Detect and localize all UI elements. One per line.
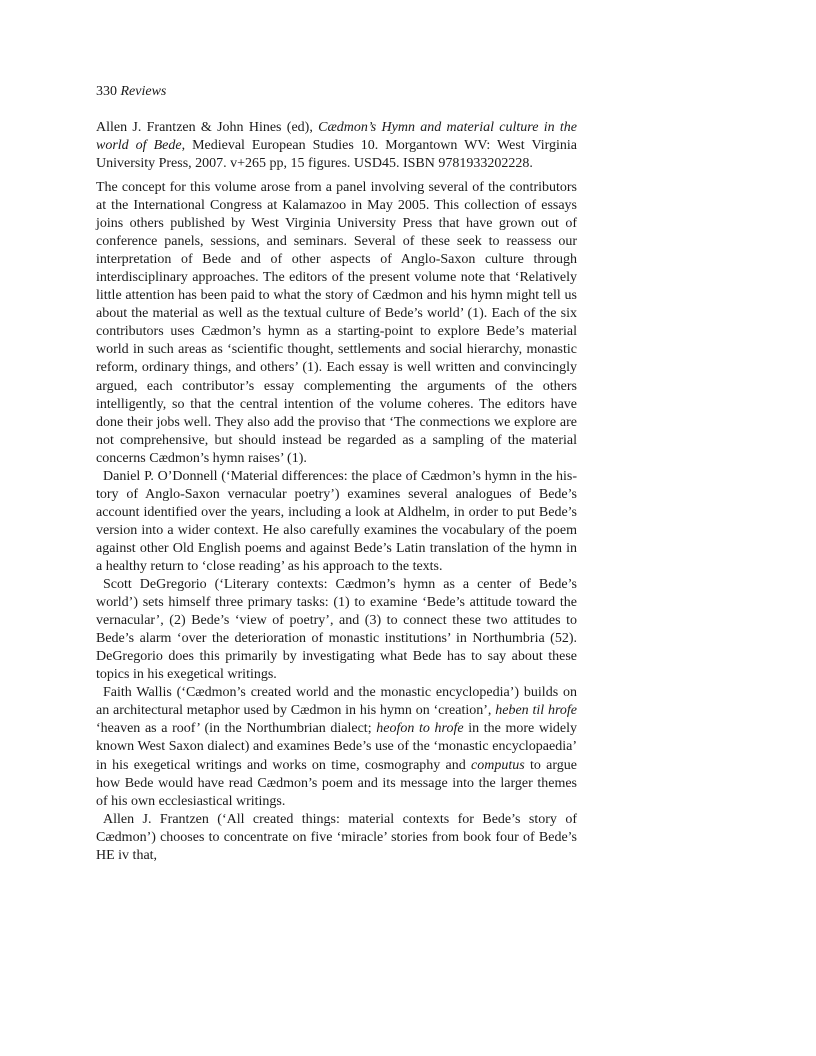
paragraph-intro: The concept for this volume arose from a… — [96, 179, 577, 468]
running-head: 330 Reviews — [96, 83, 577, 101]
text-run: ‘heaven as a roof’ (in the Northumbrian … — [96, 721, 376, 736]
text-run: Allen J. Frantzen (‘All created things: … — [96, 812, 577, 863]
review-body: The concept for this volume arose from a… — [96, 179, 577, 865]
text-run: The concept for this volume arose from a… — [96, 180, 577, 466]
paragraph-wallis: Faith Wallis (‘Cædmon’s created world an… — [96, 684, 577, 810]
text-run: Scott DeGregorio (‘Literary contexts: Cæ… — [96, 577, 577, 682]
citation-authors: Allen J. Frantzen & John Hines (ed), — [96, 120, 318, 135]
text-run: Daniel P. O’Donnell (‘Material differenc… — [96, 469, 577, 574]
paragraph-degregorio: Scott DeGregorio (‘Literary contexts: Cæ… — [96, 576, 577, 684]
italic-term: computus — [471, 758, 525, 773]
book-citation: Allen J. Frantzen & John Hines (ed), Cæd… — [96, 119, 577, 173]
paragraph-odonnell: Daniel P. O’Donnell (‘Material differenc… — [96, 468, 577, 576]
document-page: 330 Reviews Allen J. Frantzen & John Hin… — [96, 83, 577, 865]
paragraph-frantzen: Allen J. Frantzen (‘All created things: … — [96, 811, 577, 865]
section-title: Reviews — [121, 84, 167, 99]
italic-term: heben til hrofe — [495, 703, 577, 718]
italic-term: heofon to hrofe — [376, 721, 463, 736]
page-number: 330 — [96, 84, 117, 99]
